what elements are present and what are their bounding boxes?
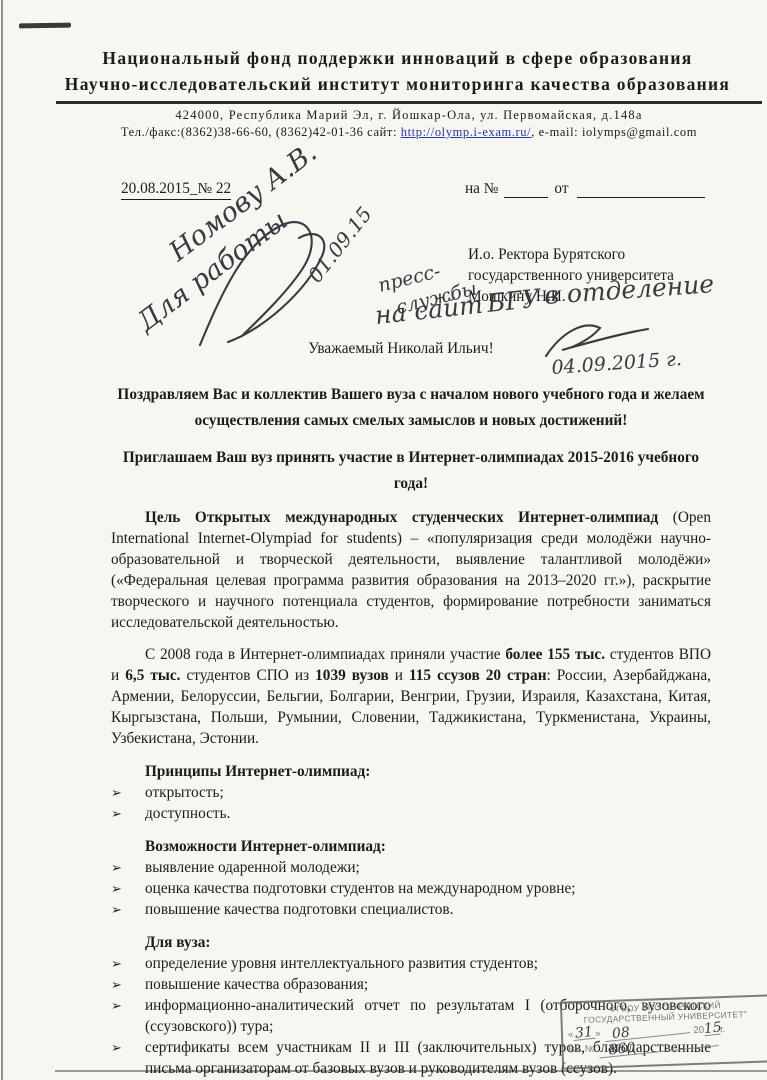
p2-run-3: 6,5 тыс. — [125, 667, 180, 684]
list-item-text: повышение качества подготовки специалист… — [145, 901, 453, 918]
p2-run-4: студентов СПО из — [180, 667, 315, 684]
body-paragraph-2: С 2008 года в Интернет-олимпиадах принял… — [111, 644, 711, 749]
arrow-bullet-icon: ➢ — [111, 782, 122, 803]
stamp-close-quote: » — [595, 1028, 601, 1039]
addressee-line-1: И.о. Ректора Бурятского — [468, 244, 674, 265]
incoming-date-blank — [577, 183, 705, 198]
scan-corner-mark — [19, 23, 71, 29]
hw-instruction: Для работы — [131, 205, 294, 338]
list-item: ➢открытость; — [111, 782, 711, 803]
list-item: ➢определение уровня интеллектуального ра… — [111, 953, 711, 974]
greeting: Уважаемый Николай Ильич! — [111, 340, 691, 358]
arrow-bullet-icon: ➢ — [111, 878, 122, 899]
email-text: iolymps@gmail.com — [582, 125, 697, 139]
congrats-paragraph: Поздравляем Вас и коллектив Вашего вуза … — [111, 382, 711, 433]
addressee-line-3: Мошкину Н.И. — [468, 286, 674, 307]
outgoing-reference: 20.08.2015_№ 22 — [121, 180, 231, 200]
list-item: ➢оценка качества подготовки студентов на… — [111, 878, 711, 899]
email-label: , e-mail: — [531, 125, 582, 139]
p2-run-1: более 155 тыс. — [505, 646, 605, 663]
hw-addressee-name: Номову А.В. — [163, 137, 323, 268]
stamp-day-handwritten: 31 — [573, 1026, 596, 1041]
hw-signature — [200, 222, 324, 345]
list-item-text: повышение качества образования; — [145, 976, 368, 993]
opportunities-list: Возможности Интернет-олимпиад: ➢выявлени… — [111, 836, 711, 920]
letterhead-org-line-1: Национальный фонд поддержки инноваций в … — [40, 48, 755, 69]
phone-fax-text: Тел./факс:(8362)38-66-60, (8362)42-01-36… — [121, 125, 401, 139]
registration-stamp: ФГБОУ ВПО "БУРЯТСКИЙ ГОСУДАРСТВЕННЫЙ УНИ… — [560, 994, 767, 1069]
hw-press-line-1: пресс- — [376, 260, 443, 297]
arrow-bullet-icon: ➢ — [111, 953, 122, 974]
letter-body: Поздравляем Вас и коллектив Вашего вуза … — [111, 382, 711, 1079]
incoming-number-blank — [504, 183, 548, 198]
letterhead-rule — [56, 101, 762, 104]
p2-run-7: 115 ссузов 20 стран — [409, 667, 547, 684]
arrow-bullet-icon: ➢ — [111, 974, 122, 995]
body-paragraph-1: Цель Открытых международных студенческих… — [111, 507, 711, 633]
site-link: http://olymp.i-exam.ru/ — [401, 125, 531, 139]
p1-bold-run: Цель Открытых международных студенческих… — [145, 509, 658, 526]
stamp-reg-label: Вх. № — [568, 1043, 595, 1055]
list-item: ➢повышение качества подготовки специалис… — [111, 899, 711, 920]
addressee-line-2: государственного университета — [468, 265, 674, 286]
list-item-text: выявление одаренной молодежи; — [145, 859, 360, 876]
list-item-text: оценка качества подготовки студентов на … — [145, 880, 576, 897]
arrow-bullet-icon: ➢ — [111, 899, 122, 920]
p1-text-run: (Open International Internet-Olympiad fo… — [111, 509, 711, 631]
incoming-reference: на №от — [465, 180, 705, 198]
list-title: Для вуза: — [111, 932, 711, 953]
list-item-text: определение уровня интеллектуального раз… — [145, 955, 538, 972]
invitation-paragraph: Приглашаем Ваш вуз принять участие в Инт… — [111, 445, 711, 496]
principles-list: Принципы Интернет-олимпиад: ➢открытость;… — [111, 761, 711, 824]
list-title: Возможности Интернет-олимпиад: — [111, 836, 711, 857]
letterhead-contacts: Тел./факс:(8362)38-66-60, (8362)42-01-36… — [56, 125, 762, 140]
p2-run-0: С 2008 года в Интернет-олимпиадах принял… — [145, 646, 505, 663]
arrow-bullet-icon: ➢ — [111, 803, 122, 824]
list-item-text: доступность. — [145, 805, 230, 822]
list-item-text: открытость; — [145, 784, 224, 801]
letterhead-address: 424000, Республика Марий Эл, г. Йошкар-О… — [56, 108, 762, 123]
addressee-block: И.о. Ректора Бурятского государственного… — [468, 244, 674, 307]
scanned-letter-page: Национальный фонд поддержки инноваций в … — [0, 0, 767, 1080]
list-item: ➢повышение качества образования; — [111, 974, 711, 995]
arrow-bullet-icon: ➢ — [111, 857, 122, 878]
list-item: ➢доступность. — [111, 803, 711, 824]
letterhead-org-line-2: Научно-исследовательский институт монито… — [40, 74, 755, 95]
p2-run-6: и — [389, 667, 409, 684]
na-label: на № — [465, 180, 498, 197]
scan-left-edge-line — [1, 0, 3, 1080]
hw-date-1: 01.09.15 — [303, 202, 377, 287]
list-item: ➢выявление одаренной молодежи; — [111, 857, 711, 878]
arrow-bullet-icon: ➢ — [111, 995, 122, 1016]
p2-run-5: 1039 вузов — [315, 667, 389, 684]
arrow-bullet-icon: ➢ — [111, 1037, 122, 1058]
hw-press-line-2: службы — [394, 278, 479, 319]
ot-label: от — [554, 180, 568, 197]
list-title: Принципы Интернет-олимпиад: — [111, 761, 711, 782]
